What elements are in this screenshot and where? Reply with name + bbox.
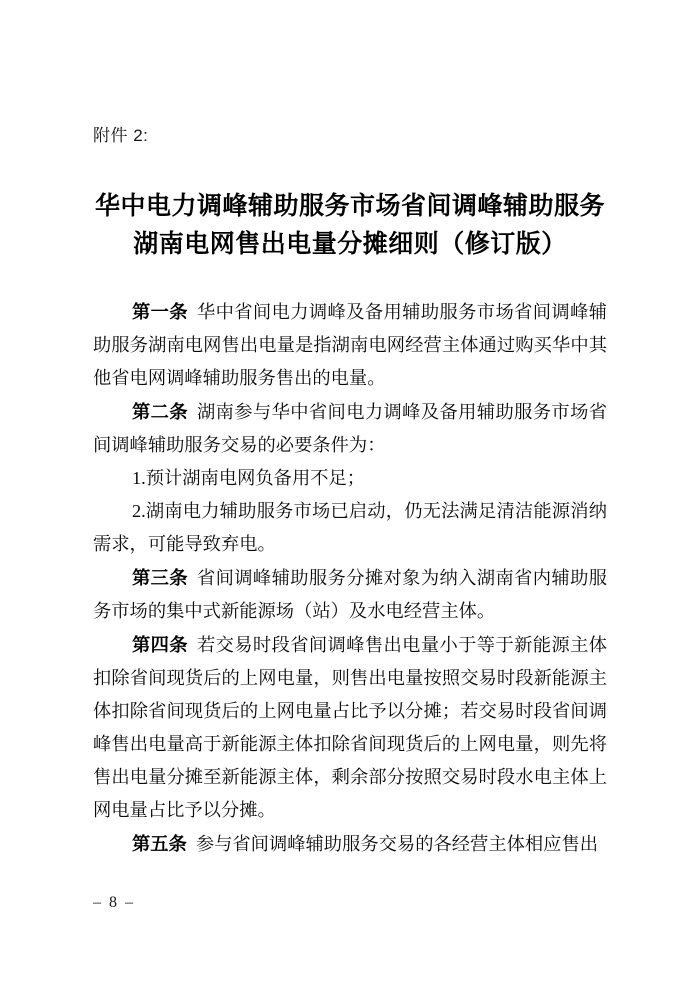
article-paragraph-3: 第三条省间调峰辅助服务分摊对象为纳入湖南省内辅助服务市场的集中式新能源场（站）及… [93, 561, 607, 628]
condition-item-1-text: 1.预计湖南电网负备用不足； [132, 468, 365, 488]
document-title-line2: 湖南电网售出电量分摊细则（修订版） [93, 226, 607, 264]
article-paragraph-4: 第四条若交易时段省间调峰售出电量小于等于新能源主体扣除省间现货后的上网电量，则售… [93, 628, 607, 827]
article-paragraph-2: 第二条湖南参与华中省间电力调峰及备用辅助服务市场省间调峰辅助服务交易的必要条件为… [93, 395, 607, 462]
condition-item-2-text: 2.湖南电力辅助服务市场已启动，仍无法满足清洁能源消纳需求，可能导致弃电。 [93, 501, 607, 554]
article-paragraph-1: 第一条华中省间电力调峰及备用辅助服务市场省间调峰辅助服务湖南电网售出电量是指湖南… [93, 295, 607, 395]
document-title-line1: 华中电力调峰辅助服务市场省间调峰辅助服务 [93, 188, 607, 226]
article-label-4: 第四条 [132, 634, 188, 655]
condition-item-2: 2.湖南电力辅助服务市场已启动，仍无法满足清洁能源消纳需求，可能导致弃电。 [93, 495, 607, 561]
condition-item-1: 1.预计湖南电网负备用不足； [93, 462, 607, 495]
article-label-5: 第五条 [132, 833, 187, 854]
page-number: – 8 – [93, 893, 135, 913]
article-label-3: 第三条 [132, 567, 188, 588]
article-paragraph-5: 第五条参与省间调峰辅助服务交易的各经营主体相应售出 [93, 827, 607, 861]
article-text-4: 若交易时段省间调峰售出电量小于等于新能源主体扣除省间现货后的上网电量，则售出电量… [93, 635, 607, 820]
article-label-2: 第二条 [132, 401, 188, 422]
article-label-1: 第一条 [132, 301, 188, 322]
attachment-label: 附件 2: [93, 124, 607, 148]
document-title: 华中电力调峰辅助服务市场省间调峰辅助服务 湖南电网售出电量分摊细则（修订版） [93, 188, 607, 264]
document-page: 附件 2: 华中电力调峰辅助服务市场省间调峰辅助服务 湖南电网售出电量分摊细则（… [0, 0, 700, 989]
article-text-5: 参与省间调峰辅助服务交易的各经营主体相应售出 [196, 834, 598, 854]
document-body: 第一条华中省间电力调峰及备用辅助服务市场省间调峰辅助服务湖南电网售出电量是指湖南… [93, 295, 607, 861]
